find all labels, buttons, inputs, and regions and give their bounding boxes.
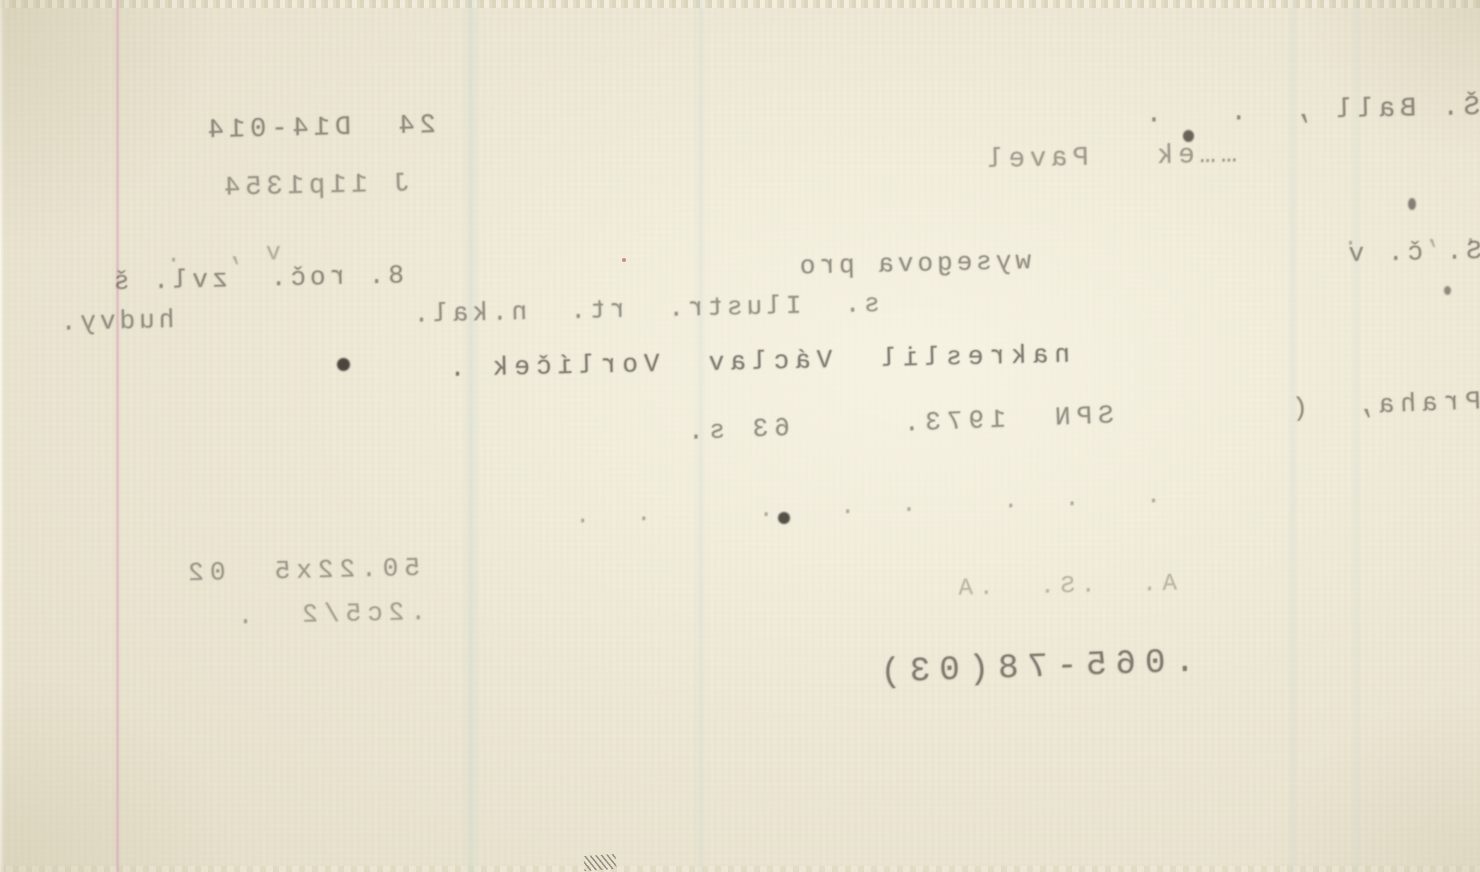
line-call-number-2: J 11p1354 — [178, 169, 411, 204]
line-text: 24 D14-014 — [168, 111, 437, 147]
line-text: ……ek Pavel — [903, 140, 1238, 178]
line-text: .065-78(03) — [820, 643, 1195, 694]
line-illustration-note: s. Ilustr. rt. n.kal. hudvy. — [84, 289, 880, 337]
ink-speck — [1444, 286, 1451, 295]
pencil-hatch-mark — [584, 854, 617, 871]
line-imprint: Praha, ( SPN 1973. 63 s. — [663, 386, 1480, 447]
catalog-card-scan: 24 D14-014 J 11p1354 Š. Ball , . . ……ek … — [0, 0, 1480, 872]
line-text: J 11p1354 — [178, 169, 411, 204]
line-heading-author: Š. Ball , . . — [1028, 93, 1480, 133]
line-call-number-1: 24 D14-014 — [168, 111, 437, 147]
line-heading-name: ……ek Pavel — [903, 140, 1238, 178]
line-text: 50.22x5 02 — [146, 553, 421, 589]
line-text: Š. Ball , . . — [1028, 93, 1480, 133]
ink-blot — [1183, 130, 1194, 142]
ink-blot — [778, 512, 790, 524]
line-bottom-code: .065-78(03) — [820, 643, 1195, 694]
ink-speck — [1408, 198, 1416, 210]
ink-blot — [337, 358, 350, 371]
line-stamp-2: .2c5/2 . — [158, 597, 427, 633]
line-text: s. Ilustr. rt. n.kal. hudvy. — [84, 289, 880, 337]
red-speck — [622, 258, 626, 262]
line-text: · · · · · · · · — [583, 488, 1162, 535]
line-text: nakreslil Václav Vorlíček . — [330, 340, 1070, 387]
line-faint-dots: · · · · · · · · — [583, 488, 1162, 535]
line-text: .2c5/2 . — [158, 597, 427, 633]
line-text: A. .S. .A — [873, 571, 1178, 605]
line-stamp-1: 50.22x5 02 — [146, 553, 421, 589]
typewritten-ink-layer: 24 D14-014 J 11p1354 Š. Ball , . . ……ek … — [0, 0, 1480, 872]
line-illustrator-credit: nakreslil Václav Vorlíček . — [330, 340, 1070, 387]
line-fragment-a: A. .S. .A — [873, 571, 1178, 605]
line-text: Praha, ( SPN 1973. 63 s. — [663, 386, 1480, 447]
